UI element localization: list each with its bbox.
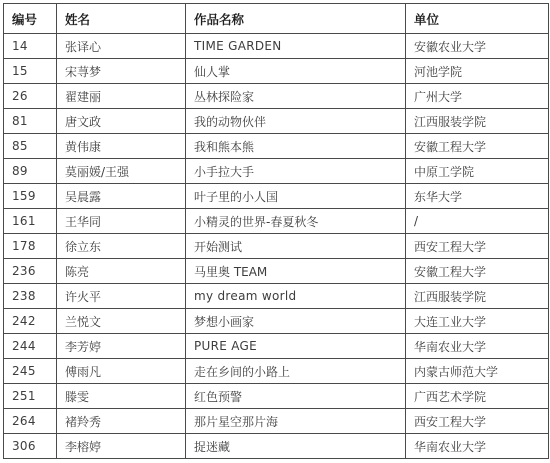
cell-id: 14 — [4, 34, 57, 59]
table-row: 159吴晨露叶子里的小人国东华大学 — [4, 184, 549, 209]
table-row: 15宋荨梦仙人掌河池学院 — [4, 59, 549, 84]
cell-work: 叶子里的小人国 — [186, 184, 406, 209]
column-header-unit: 单位 — [406, 4, 549, 34]
cell-work: PURE AGE — [186, 334, 406, 359]
cell-unit: 西安工程大学 — [406, 234, 549, 259]
table-row: 306李榕婷捉迷藏华南农业大学 — [4, 434, 549, 459]
table-row: 236陈亮马里奥 TEAM安徽工程大学 — [4, 259, 549, 284]
cell-work: 走在乡间的小路上 — [186, 359, 406, 384]
table-row: 85黄伟康我和熊本熊安徽工程大学 — [4, 134, 549, 159]
cell-id: 178 — [4, 234, 57, 259]
table-row: 14张译心TIME GARDEN安徽农业大学 — [4, 34, 549, 59]
cell-id: 244 — [4, 334, 57, 359]
cell-id: 238 — [4, 284, 57, 309]
cell-name: 王华同 — [57, 209, 186, 234]
cell-id: 85 — [4, 134, 57, 159]
cell-work: 丛林探险家 — [186, 84, 406, 109]
cell-unit: 东华大学 — [406, 184, 549, 209]
cell-name: 李芳婷 — [57, 334, 186, 359]
cell-unit: 西安工程大学 — [406, 409, 549, 434]
cell-name: 翟建丽 — [57, 84, 186, 109]
header-row: 编号 姓名 作品名称 单位 — [4, 4, 549, 34]
table-body: 14张译心TIME GARDEN安徽农业大学15宋荨梦仙人掌河池学院26翟建丽丛… — [4, 34, 549, 459]
cell-id: 251 — [4, 384, 57, 409]
cell-work: 捉迷藏 — [186, 434, 406, 459]
cell-name: 莫丽媛/王强 — [57, 159, 186, 184]
column-header-work: 作品名称 — [186, 4, 406, 34]
cell-unit: 华南农业大学 — [406, 334, 549, 359]
cell-name: 兰悦文 — [57, 309, 186, 334]
cell-unit: 广州大学 — [406, 84, 549, 109]
cell-name: 宋荨梦 — [57, 59, 186, 84]
cell-name: 滕雯 — [57, 384, 186, 409]
table-row: 26翟建丽丛林探险家广州大学 — [4, 84, 549, 109]
cell-unit: / — [406, 209, 549, 234]
cell-work: 梦想小画家 — [186, 309, 406, 334]
cell-name: 李榕婷 — [57, 434, 186, 459]
table-row: 161王华同小精灵的世界-春夏秋冬/ — [4, 209, 549, 234]
cell-work: 我和熊本熊 — [186, 134, 406, 159]
entries-table: 编号 姓名 作品名称 单位 14张译心TIME GARDEN安徽农业大学15宋荨… — [3, 3, 549, 459]
table-row: 178徐立东开始测试西安工程大学 — [4, 234, 549, 259]
cell-unit: 江西服装学院 — [406, 109, 549, 134]
cell-unit: 安徽工程大学 — [406, 134, 549, 159]
cell-name: 唐文政 — [57, 109, 186, 134]
column-header-id: 编号 — [4, 4, 57, 34]
cell-name: 傅雨凡 — [57, 359, 186, 384]
cell-unit: 大连工业大学 — [406, 309, 549, 334]
cell-id: 161 — [4, 209, 57, 234]
column-header-name: 姓名 — [57, 4, 186, 34]
cell-work: 我的动物伙伴 — [186, 109, 406, 134]
table-row: 242兰悦文梦想小画家大连工业大学 — [4, 309, 549, 334]
cell-id: 89 — [4, 159, 57, 184]
cell-name: 许火平 — [57, 284, 186, 309]
cell-name: 黄伟康 — [57, 134, 186, 159]
cell-unit: 安徽工程大学 — [406, 259, 549, 284]
cell-id: 26 — [4, 84, 57, 109]
cell-work: 红色预警 — [186, 384, 406, 409]
table-row: 81唐文政我的动物伙伴江西服装学院 — [4, 109, 549, 134]
cell-id: 81 — [4, 109, 57, 134]
cell-unit: 河池学院 — [406, 59, 549, 84]
cell-id: 15 — [4, 59, 57, 84]
cell-work: TIME GARDEN — [186, 34, 406, 59]
cell-unit: 广西艺术学院 — [406, 384, 549, 409]
cell-unit: 江西服装学院 — [406, 284, 549, 309]
cell-name: 吴晨露 — [57, 184, 186, 209]
cell-id: 159 — [4, 184, 57, 209]
cell-name: 陈亮 — [57, 259, 186, 284]
cell-name: 张译心 — [57, 34, 186, 59]
cell-work: 小精灵的世界-春夏秋冬 — [186, 209, 406, 234]
cell-unit: 安徽农业大学 — [406, 34, 549, 59]
cell-id: 236 — [4, 259, 57, 284]
cell-work: 那片星空那片海 — [186, 409, 406, 434]
table-row: 251滕雯红色预警广西艺术学院 — [4, 384, 549, 409]
cell-name: 徐立东 — [57, 234, 186, 259]
table-row: 89莫丽媛/王强小手拉大手中原工学院 — [4, 159, 549, 184]
cell-id: 245 — [4, 359, 57, 384]
table-header: 编号 姓名 作品名称 单位 — [4, 4, 549, 34]
table-row: 245傅雨凡走在乡间的小路上内蒙古师范大学 — [4, 359, 549, 384]
cell-id: 264 — [4, 409, 57, 434]
cell-work: my dream world — [186, 284, 406, 309]
table-row: 264褚羚秀那片星空那片海西安工程大学 — [4, 409, 549, 434]
cell-work: 仙人掌 — [186, 59, 406, 84]
cell-work: 开始测试 — [186, 234, 406, 259]
cell-id: 306 — [4, 434, 57, 459]
cell-unit: 华南农业大学 — [406, 434, 549, 459]
cell-work: 小手拉大手 — [186, 159, 406, 184]
cell-work: 马里奥 TEAM — [186, 259, 406, 284]
table-row: 238许火平my dream world江西服装学院 — [4, 284, 549, 309]
cell-name: 褚羚秀 — [57, 409, 186, 434]
cell-id: 242 — [4, 309, 57, 334]
cell-unit: 中原工学院 — [406, 159, 549, 184]
cell-unit: 内蒙古师范大学 — [406, 359, 549, 384]
table-row: 244李芳婷PURE AGE华南农业大学 — [4, 334, 549, 359]
